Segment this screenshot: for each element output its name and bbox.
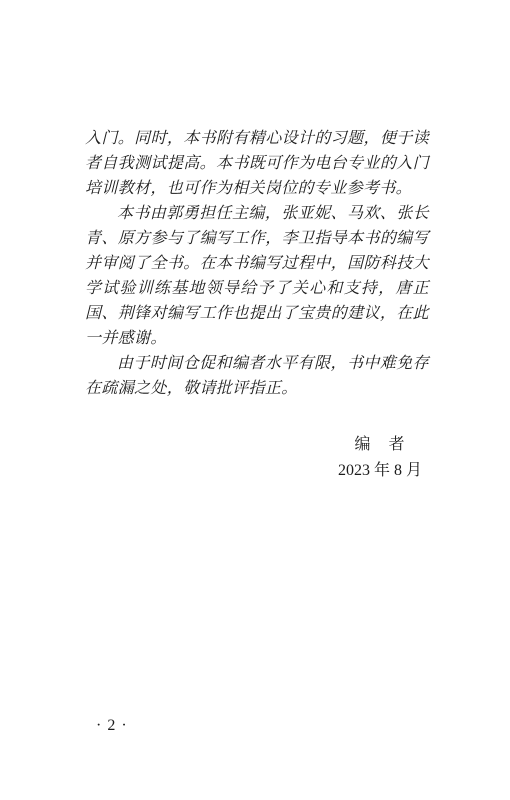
signature-date: 2023 年 8 月 — [330, 458, 430, 484]
author-signature: 编 者 — [330, 432, 430, 458]
page-number: · 2 · — [96, 716, 128, 736]
preface-body: 入门。同时，本书附有精心设计的习题，便于读者自我测试提高。本书既可作为电台专业的… — [85, 126, 429, 401]
paragraph-apology: 由于时间仓促和编者水平有限，书中难免存在疏漏之处，敬请批评指正。 — [85, 351, 429, 401]
signature-block: 编 者 2023 年 8 月 — [330, 432, 430, 484]
book-page: 入门。同时，本书附有精心设计的习题，便于读者自我测试提高。本书既可作为电台专业的… — [0, 0, 510, 800]
paragraph-continuation: 入门。同时，本书附有精心设计的习题，便于读者自我测试提高。本书既可作为电台专业的… — [85, 126, 429, 201]
paragraph-credits: 本书由郭勇担任主编，张亚妮、马欢、张长青、原方参与了编写工作，李卫指导本书的编写… — [85, 201, 429, 351]
